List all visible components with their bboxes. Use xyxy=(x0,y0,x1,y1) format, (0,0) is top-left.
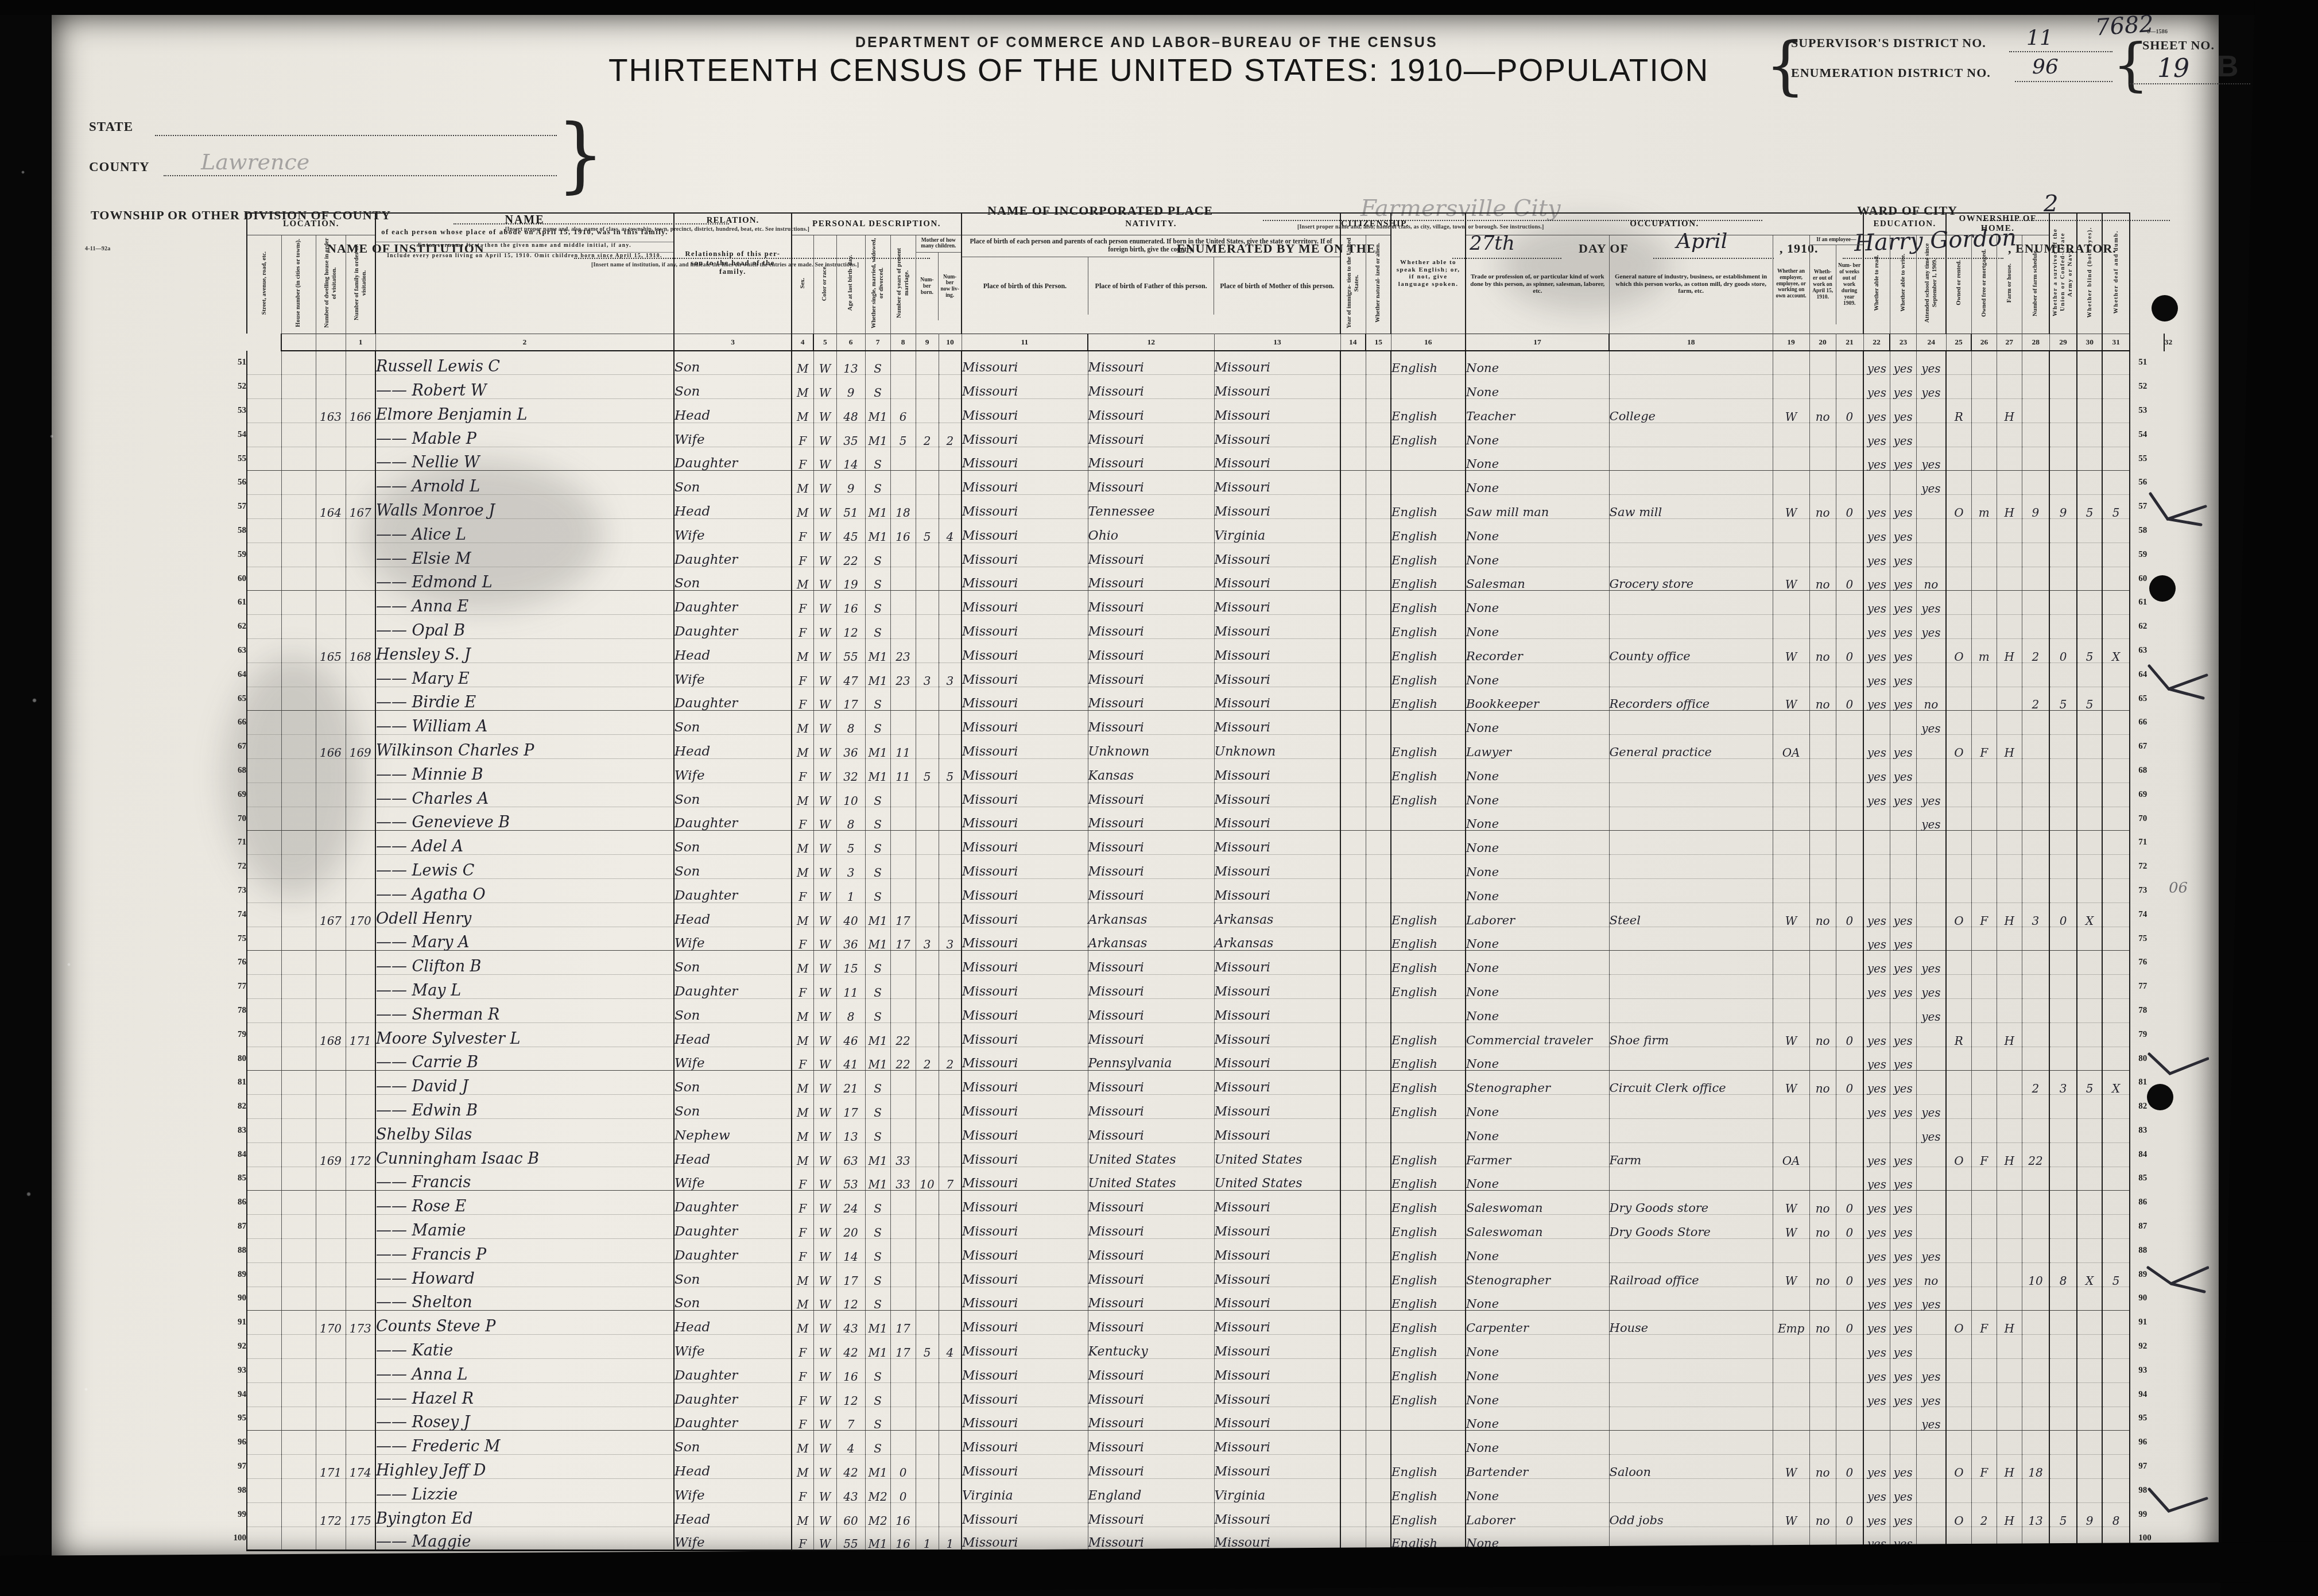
cell-name: Odell Henry xyxy=(375,902,674,927)
cell-dw xyxy=(316,1071,346,1095)
cell-bl xyxy=(2077,399,2102,423)
state-fill-line[interactable] xyxy=(155,134,557,136)
cell-fh xyxy=(1997,351,2022,375)
cell-color: W xyxy=(813,951,836,975)
cell-house xyxy=(281,399,316,423)
cell-yrs xyxy=(890,1407,916,1431)
column-number: 20 xyxy=(1809,334,1836,351)
cell-wr xyxy=(1890,1119,1916,1143)
table-row: 52—— Robert WSonMW9SMissouriMissouriMiss… xyxy=(215,375,2164,399)
cell-wks xyxy=(1836,831,1863,855)
cell-b1: Missouri xyxy=(962,1358,1088,1382)
cell-street xyxy=(247,1142,281,1167)
cell-imm xyxy=(1340,855,1366,879)
row-number-right: 53 xyxy=(2130,399,2164,423)
cell-bl xyxy=(2077,567,2102,591)
row-number-left: 86 xyxy=(215,1191,247,1215)
cell-wks xyxy=(1836,759,1863,783)
group-location: LOCATION. xyxy=(247,213,375,235)
cell-own xyxy=(1946,543,1971,567)
cell-color: W xyxy=(813,1431,836,1455)
cell-yrs xyxy=(890,471,916,495)
cell-df xyxy=(2102,1478,2130,1502)
cell-bl xyxy=(2077,1407,2102,1431)
cell-name: —— Genevieve B xyxy=(375,807,674,831)
cell-own: O xyxy=(1946,902,1971,927)
cell-nat xyxy=(1366,951,1391,975)
cell-name: Highley Jeff D xyxy=(375,1455,674,1479)
cell-sex: M xyxy=(792,1022,813,1047)
cell-fh xyxy=(1997,1047,2022,1071)
cell-b3: Missouri xyxy=(1214,1119,1340,1143)
cell-emp xyxy=(1773,927,1809,951)
cell-rel: Son xyxy=(674,351,792,375)
cell-df xyxy=(2102,567,2130,591)
cell-wr: yes xyxy=(1890,1095,1916,1119)
cell-street xyxy=(247,1382,281,1407)
cell-yrs xyxy=(890,975,916,999)
cell-rd: yes xyxy=(1863,975,1890,999)
table-row: 77—— May LDaughterFW11SMissouriMissouriM… xyxy=(215,975,2164,999)
cell-dw xyxy=(316,975,346,999)
cell-b1: Missouri xyxy=(962,1047,1088,1071)
cell-cl xyxy=(939,831,962,855)
cell-rd xyxy=(1863,831,1890,855)
cell-color: W xyxy=(813,375,836,399)
cell-wr xyxy=(1890,855,1916,879)
cell-ind xyxy=(1609,831,1773,855)
cell-cl xyxy=(939,399,962,423)
cell-nat xyxy=(1366,975,1391,999)
column-number: 17 xyxy=(1466,334,1609,351)
cell-sv: 9 xyxy=(2049,495,2077,519)
cell-rel: Daughter xyxy=(674,615,792,639)
cell-wr: yes xyxy=(1890,447,1916,471)
cell-fam: 168 xyxy=(346,639,375,663)
cell-fs xyxy=(2022,1431,2049,1455)
cell-fam xyxy=(346,807,375,831)
cell-df xyxy=(2102,1431,2130,1455)
cell-nat xyxy=(1366,711,1391,735)
margin-checkmark xyxy=(2146,660,2209,700)
cell-mar: M1 xyxy=(865,1455,890,1479)
supervisor-fill-line[interactable] xyxy=(2009,51,2112,52)
cell-house xyxy=(281,615,316,639)
cell-b2: Missouri xyxy=(1088,782,1214,807)
cell-b2: Unknown xyxy=(1088,735,1214,759)
cell-street xyxy=(247,1478,281,1502)
cell-fh xyxy=(1997,1335,2022,1359)
cell-out xyxy=(1809,879,1836,903)
cell-color: W xyxy=(813,423,836,447)
cell-cl xyxy=(939,999,962,1023)
cell-street xyxy=(247,1047,281,1071)
cell-imm xyxy=(1340,1431,1366,1455)
county-fill-line[interactable] xyxy=(164,175,557,176)
cell-b3: Missouri xyxy=(1214,495,1340,519)
cell-mar: S xyxy=(865,567,890,591)
cell-b2: Missouri xyxy=(1088,1358,1214,1382)
cell-free xyxy=(1971,591,1997,615)
row-number-right: 51 xyxy=(2130,351,2164,375)
cell-b1: Missouri xyxy=(962,1238,1088,1262)
column-number: 21 xyxy=(1836,334,1863,351)
cell-imm xyxy=(1340,591,1366,615)
row-number-right: 54 xyxy=(2130,423,2164,447)
cell-eng: English xyxy=(1391,543,1466,567)
cell-imm xyxy=(1340,927,1366,951)
table-row: 70—— Genevieve BDaughterFW8SMissouriMiss… xyxy=(215,807,2164,831)
cell-b1: Missouri xyxy=(962,831,1088,855)
cell-rel: Son xyxy=(674,711,792,735)
cell-fh xyxy=(1997,951,2022,975)
cell-out xyxy=(1809,423,1836,447)
cell-b3: Missouri xyxy=(1214,1215,1340,1239)
cell-df xyxy=(2102,1191,2130,1215)
table-row: 56—— Arnold LSonMW9SMissouriMissouriMiss… xyxy=(215,471,2164,495)
cell-free xyxy=(1971,1022,1997,1047)
row-number-left: 92 xyxy=(215,1335,247,1359)
cell-fam xyxy=(346,879,375,903)
cell-b3: Missouri xyxy=(1214,782,1340,807)
cell-yrs: 33 xyxy=(890,1142,916,1167)
cell-fs xyxy=(2022,735,2049,759)
cell-b3: Missouri xyxy=(1214,567,1340,591)
cell-out: no xyxy=(1809,1022,1836,1047)
cell-fh xyxy=(1997,423,2022,447)
cell-fam xyxy=(346,1407,375,1431)
column-number: 12 xyxy=(1088,334,1214,351)
cell-own xyxy=(1946,1167,1971,1191)
cell-eng: English xyxy=(1391,1287,1466,1311)
cell-own xyxy=(1946,1262,1971,1287)
cell-dw xyxy=(316,615,346,639)
cell-imm xyxy=(1340,567,1366,591)
table-row: 94—— Hazel RDaughterFW12SMissouriMissour… xyxy=(215,1382,2164,1407)
column-number: 11 xyxy=(962,334,1088,351)
cell-wr: yes xyxy=(1890,351,1916,375)
cell-b1: Missouri xyxy=(962,1527,1088,1551)
cell-b3: Missouri xyxy=(1214,663,1340,687)
cell-wks xyxy=(1836,1407,1863,1431)
cell-rd: yes xyxy=(1863,759,1890,783)
cell-occ: Saw mill man xyxy=(1466,495,1609,519)
cell-sex: M xyxy=(792,639,813,663)
cell-fs xyxy=(2022,663,2049,687)
cell-yrs xyxy=(890,951,916,975)
column-number: 1 xyxy=(346,334,375,351)
row-number-right: 97 xyxy=(2130,1455,2164,1479)
cell-nat xyxy=(1366,1142,1391,1167)
cell-own xyxy=(1946,663,1971,687)
cell-street xyxy=(247,807,281,831)
cell-b3: United States xyxy=(1214,1142,1340,1167)
cell-emp xyxy=(1773,1358,1809,1382)
cell-free xyxy=(1971,999,1997,1023)
cell-name: —— Birdie E xyxy=(375,687,674,711)
cell-fh xyxy=(1997,807,2022,831)
cell-fs xyxy=(2022,1238,2049,1262)
cell-b1: Missouri xyxy=(962,1311,1088,1335)
row-number-right: 95 xyxy=(2130,1407,2164,1431)
cell-b3: Missouri xyxy=(1214,975,1340,999)
cell-sex: F xyxy=(792,1407,813,1431)
cell-color: W xyxy=(813,975,836,999)
cell-b1: Missouri xyxy=(962,351,1088,375)
cell-house xyxy=(281,711,316,735)
cell-b3: Missouri xyxy=(1214,1527,1340,1551)
cell-nat xyxy=(1366,1022,1391,1047)
row-number-left: 94 xyxy=(215,1382,247,1407)
cell-own: O xyxy=(1946,495,1971,519)
column-number: 4 xyxy=(792,334,813,351)
row-number-right: 76 xyxy=(2130,951,2164,975)
cell-street xyxy=(247,1455,281,1479)
cell-imm xyxy=(1340,1287,1366,1311)
cell-free xyxy=(1971,1215,1997,1239)
row-number-right: 52 xyxy=(2130,375,2164,399)
cell-emp: W xyxy=(1773,1215,1809,1239)
cell-fh xyxy=(1997,831,2022,855)
cell-occ: None xyxy=(1466,447,1609,471)
cell-dw xyxy=(316,423,346,447)
cell-wr xyxy=(1890,831,1916,855)
cell-sex: F xyxy=(792,663,813,687)
cell-imm xyxy=(1340,1311,1366,1335)
column-number: 8 xyxy=(890,334,916,351)
cell-nat xyxy=(1366,1287,1391,1311)
cell-wr: yes xyxy=(1890,1502,1916,1527)
cell-yrs: 22 xyxy=(890,1047,916,1071)
cell-fh xyxy=(1997,1287,2022,1311)
cell-mar: S xyxy=(865,1095,890,1119)
column-number: 9 xyxy=(916,334,939,351)
row-number-left: 85 xyxy=(215,1167,247,1191)
cell-ind xyxy=(1609,663,1773,687)
group-citizenship: CITIZENSHIP. xyxy=(1340,213,1391,235)
cell-cb xyxy=(916,975,939,999)
cell-fs xyxy=(2022,447,2049,471)
cell-b1: Missouri xyxy=(962,1022,1088,1047)
cell-bl xyxy=(2077,1335,2102,1359)
cell-street xyxy=(247,351,281,375)
col-employer-header: Whether an employer, employee, or workin… xyxy=(1773,235,1809,334)
cell-house xyxy=(281,519,316,543)
cell-b3: Missouri xyxy=(1214,1311,1340,1335)
cell-rd: yes xyxy=(1863,615,1890,639)
cell-eng xyxy=(1391,447,1466,471)
cell-age: 4 xyxy=(836,1431,865,1455)
cell-sch xyxy=(1916,855,1946,879)
cell-occ: Recorder xyxy=(1466,639,1609,663)
cell-free xyxy=(1971,1119,1997,1143)
cell-b3: Missouri xyxy=(1214,831,1340,855)
row-number-left: 79 xyxy=(215,1022,247,1047)
cell-mar: S xyxy=(865,1071,890,1095)
col-house-header: House number (in cities or towns). xyxy=(281,235,316,334)
cell-fam xyxy=(346,1358,375,1382)
cell-fs: 2 xyxy=(2022,1071,2049,1095)
cell-mar: S xyxy=(865,807,890,831)
cell-fam: 175 xyxy=(346,1502,375,1527)
cell-wr: yes xyxy=(1890,1287,1916,1311)
cell-dw: 164 xyxy=(316,495,346,519)
cell-street xyxy=(247,567,281,591)
cell-age: 3 xyxy=(836,855,865,879)
cell-b3: Missouri xyxy=(1214,351,1340,375)
cell-sch xyxy=(1916,927,1946,951)
cell-fs xyxy=(2022,759,2049,783)
cell-emp xyxy=(1773,1238,1809,1262)
cell-out xyxy=(1809,1287,1836,1311)
cell-own xyxy=(1946,879,1971,903)
cell-nat xyxy=(1366,1215,1391,1239)
cell-sv xyxy=(2049,1142,2077,1167)
cell-house xyxy=(281,375,316,399)
cell-street xyxy=(247,1238,281,1262)
cell-rel: Son xyxy=(674,855,792,879)
cell-sex: F xyxy=(792,879,813,903)
cell-name: —— Robert W xyxy=(375,375,674,399)
cell-cl xyxy=(939,1071,962,1095)
cell-yrs xyxy=(890,782,916,807)
cell-out xyxy=(1809,951,1836,975)
cell-wks: 0 xyxy=(1836,567,1863,591)
cell-mar: M1 xyxy=(865,519,890,543)
cell-street xyxy=(247,927,281,951)
column-number: 5 xyxy=(813,334,836,351)
cell-free xyxy=(1971,351,1997,375)
cell-house xyxy=(281,639,316,663)
cell-fh: H xyxy=(1997,902,2022,927)
cell-own xyxy=(1946,567,1971,591)
cell-wr: yes xyxy=(1890,663,1916,687)
enumeration-fill-line[interactable] xyxy=(2015,80,2112,82)
cell-b3: Missouri xyxy=(1214,879,1340,903)
cell-imm xyxy=(1340,1478,1366,1502)
cell-free xyxy=(1971,927,1997,951)
cell-df xyxy=(2102,807,2130,831)
cell-sv xyxy=(2049,1335,2077,1359)
cell-free xyxy=(1971,831,1997,855)
cell-wr: yes xyxy=(1890,759,1916,783)
cell-name: —— Lizzie xyxy=(375,1478,674,1502)
cell-mar: M1 xyxy=(865,927,890,951)
cell-mar: S xyxy=(865,1215,890,1239)
cell-sex: M xyxy=(792,399,813,423)
row-number-left: 76 xyxy=(215,951,247,975)
cell-occ: None xyxy=(1466,591,1609,615)
table-row: 72—— Lewis CSonMW3SMissouriMissouriMisso… xyxy=(215,855,2164,879)
cell-cb: 10 xyxy=(916,1167,939,1191)
cell-name: Russell Lewis C xyxy=(375,351,674,375)
table-row: 61—— Anna EDaughterFW16SMissouriMissouri… xyxy=(215,591,2164,615)
cell-cl xyxy=(939,1095,962,1119)
cell-name: —— Francis P xyxy=(375,1238,674,1262)
cell-b2: Missouri xyxy=(1088,543,1214,567)
cell-sch xyxy=(1916,1311,1946,1335)
cell-eng: English xyxy=(1391,1142,1466,1167)
cell-imm xyxy=(1340,831,1366,855)
cell-age: 42 xyxy=(836,1455,865,1479)
group-education: EDUCATION. xyxy=(1863,213,1946,235)
cell-free xyxy=(1971,375,1997,399)
cell-nat xyxy=(1366,375,1391,399)
cell-street xyxy=(247,759,281,783)
cell-dw xyxy=(316,711,346,735)
cell-rd: yes xyxy=(1863,735,1890,759)
cell-dw xyxy=(316,999,346,1023)
cell-imm xyxy=(1340,807,1366,831)
cell-imm xyxy=(1340,735,1366,759)
cell-sch: yes xyxy=(1916,1358,1946,1382)
cell-nat xyxy=(1366,1119,1391,1143)
cell-color: W xyxy=(813,1335,836,1359)
cell-occ: None xyxy=(1466,615,1609,639)
cell-dw xyxy=(316,447,346,471)
cell-dw xyxy=(316,879,346,903)
cell-wks xyxy=(1836,591,1863,615)
cell-emp xyxy=(1773,807,1809,831)
cell-rel: Wife xyxy=(674,423,792,447)
cell-b2: Missouri xyxy=(1088,687,1214,711)
cell-rd: yes xyxy=(1863,1142,1890,1167)
table-row: 60—— Edmond LSonMW19SMissouriMissouriMis… xyxy=(215,567,2164,591)
cell-house xyxy=(281,1047,316,1071)
cell-ind xyxy=(1609,423,1773,447)
row-number-left: 91 xyxy=(215,1311,247,1335)
cell-out xyxy=(1809,1095,1836,1119)
cell-df: X xyxy=(2102,1071,2130,1095)
cell-fam: 173 xyxy=(346,1311,375,1335)
column-number: 14 xyxy=(1340,334,1366,351)
cell-eng xyxy=(1391,831,1466,855)
cell-fs xyxy=(2022,423,2049,447)
cell-wks xyxy=(1836,1095,1863,1119)
cell-sex: M xyxy=(792,1119,813,1143)
cell-nat xyxy=(1366,447,1391,471)
cell-occ: Stenographer xyxy=(1466,1071,1609,1095)
cell-emp xyxy=(1773,1047,1809,1071)
cell-own xyxy=(1946,423,1971,447)
cell-df xyxy=(2102,1167,2130,1191)
cell-dw xyxy=(316,1478,346,1502)
cell-yrs: 17 xyxy=(890,902,916,927)
cell-occ: Carpenter xyxy=(1466,1311,1609,1335)
row-number-right: 91 xyxy=(2130,1311,2164,1335)
cell-b3: Missouri xyxy=(1214,1071,1340,1095)
cell-occ: None xyxy=(1466,351,1609,375)
cell-sv xyxy=(2049,1311,2077,1335)
cell-cb xyxy=(916,1095,939,1119)
cell-cl xyxy=(939,902,962,927)
cell-age: 9 xyxy=(836,471,865,495)
cell-yrs xyxy=(890,1191,916,1215)
cell-fam xyxy=(346,543,375,567)
cell-ind: College xyxy=(1609,399,1773,423)
cell-b3: Missouri xyxy=(1214,615,1340,639)
cell-rel: Daughter xyxy=(674,1191,792,1215)
group-occupation: OCCUPATION. xyxy=(1466,213,1863,235)
cell-fs xyxy=(2022,567,2049,591)
cell-color: W xyxy=(813,1358,836,1382)
cell-mar: M1 xyxy=(865,759,890,783)
cell-imm xyxy=(1340,615,1366,639)
cell-sv xyxy=(2049,711,2077,735)
cell-df xyxy=(2102,711,2130,735)
cell-fs xyxy=(2022,1215,2049,1239)
cell-free xyxy=(1971,687,1997,711)
